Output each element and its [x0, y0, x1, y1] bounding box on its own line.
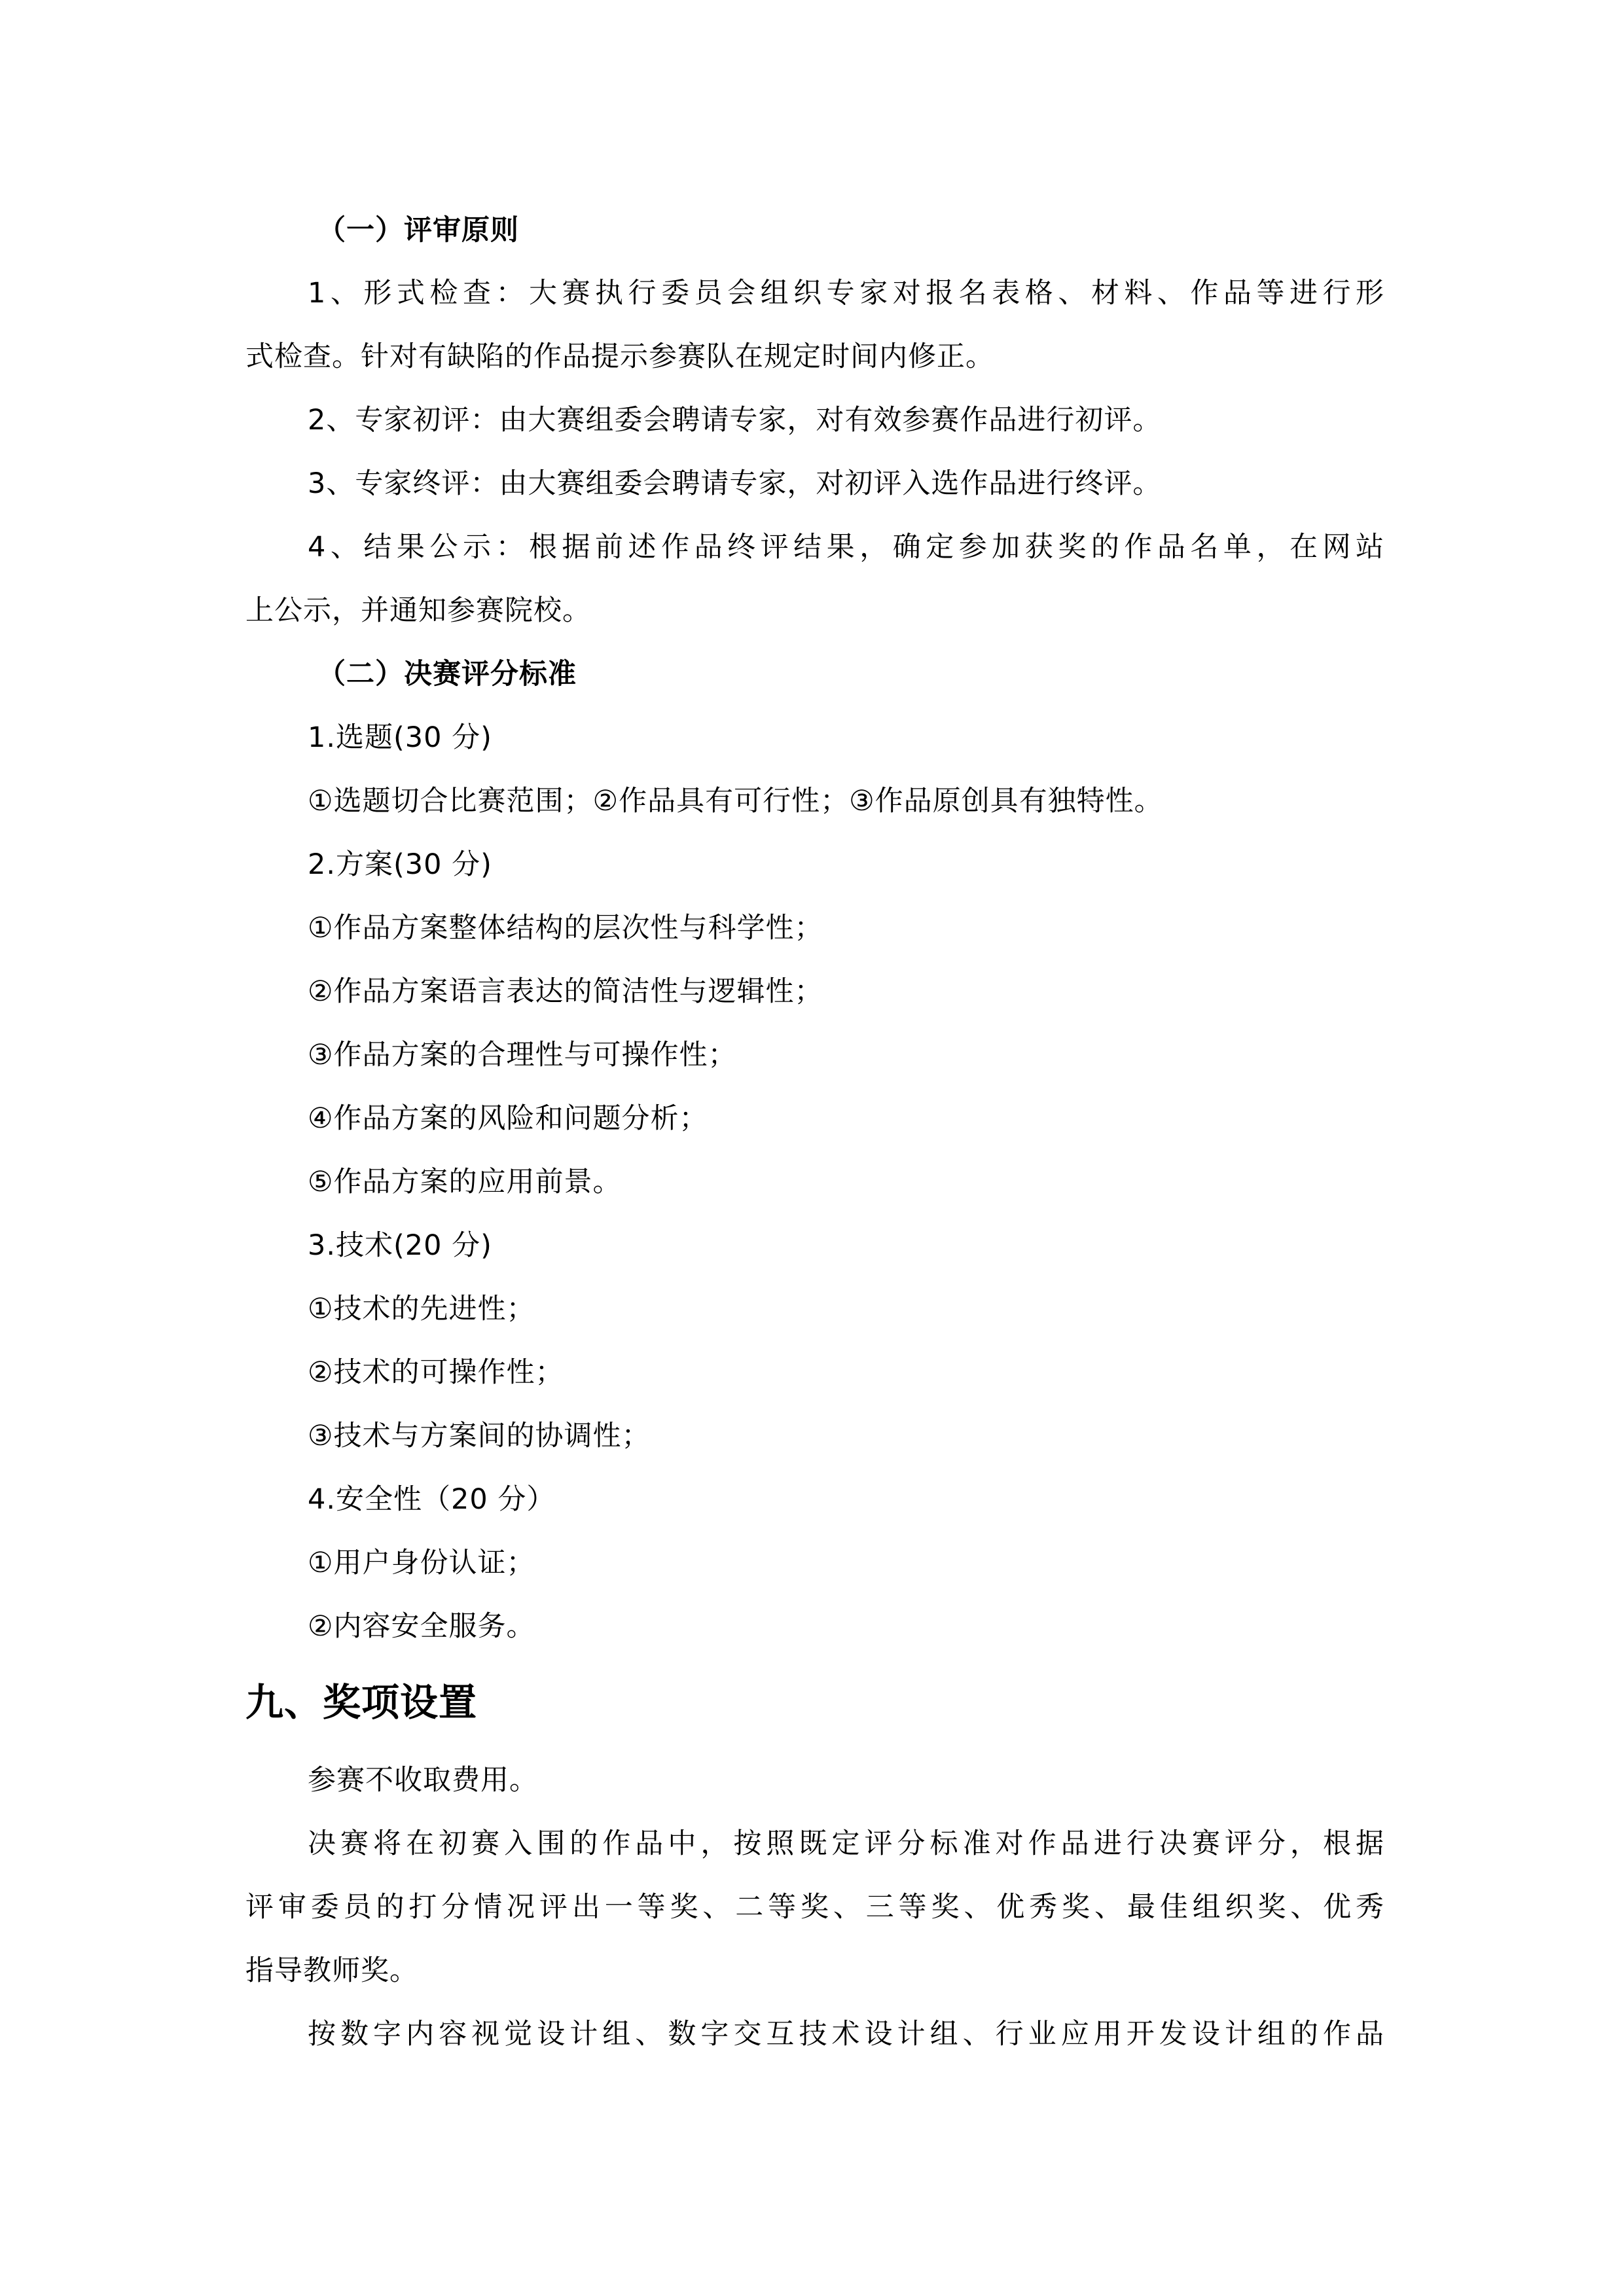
criterion-item: ②作品方案语言表达的简洁性与逻辑性；: [308, 972, 823, 1011]
paragraph-line: 决赛将在初赛入围的作品中，按照既定评分标准对作品进行决赛评分，根据: [308, 1824, 1384, 1863]
paragraph-line: 3、专家终评：由大赛组委会聘请专家，对初评入选作品进行终评。: [308, 464, 1161, 503]
paragraph-line: 评审委员的打分情况评出一等奖、二等奖、三等奖、优秀奖、最佳组织奖、优秀: [245, 1888, 1384, 1927]
criterion-item: ⑤作品方案的应用前景。: [308, 1162, 622, 1202]
paragraph-line: 2、专家初评：由大赛组委会聘请专家，对有效参赛作品进行初评。: [308, 401, 1161, 440]
paragraph-line: 4、结果公示：根据前述作品终评结果，确定参加获奖的作品名单，在网站: [308, 528, 1384, 567]
criterion-item: ①用户身份认证；: [308, 1543, 535, 1583]
paragraph-line: 1、形式检查：大赛执行委员会组织专家对报名表格、材料、作品等进行形: [308, 274, 1384, 313]
criterion-item: ②内容安全服务。: [308, 1607, 535, 1646]
paragraph-line: 指导教师奖。: [245, 1951, 418, 1990]
subheading-review-principles: （一）评审原则: [317, 211, 519, 250]
criterion-item: ①作品方案整体结构的层次性与科学性；: [308, 908, 823, 948]
criterion-item: ①技术的先进性；: [308, 1289, 535, 1329]
criterion-item: ③作品方案的合理性与可操作性；: [308, 1035, 737, 1075]
paragraph-line: 上公示，并通知参赛院校。: [245, 591, 591, 630]
criterion-title: 4.安全性（20 分）: [308, 1480, 555, 1519]
criterion-item: ④作品方案的风险和问题分析；: [308, 1099, 708, 1138]
chapter-heading-awards: 九、奖项设置: [245, 1679, 477, 1726]
paragraph-line: 按数字内容视觉设计组、数字交互技术设计组、行业应用开发设计组的作品: [308, 2015, 1384, 2054]
paragraph-line: 参赛不收取费用。: [308, 1761, 538, 1800]
criterion-item: ③技术与方案间的协调性；: [308, 1416, 651, 1456]
criterion-item: ②技术的可操作性；: [308, 1353, 564, 1392]
criterion-title: 1.选题(30 分): [308, 718, 492, 757]
subheading-final-scoring-criteria: （二）决赛评分标准: [317, 655, 577, 694]
paragraph-line: 式检查。针对有缺陷的作品提示参赛队在规定时间内修正。: [245, 337, 994, 376]
criterion-item: ①选题切合比赛范围；②作品具有可行性；③作品原创具有独特性。: [308, 781, 1163, 821]
criterion-title: 2.方案(30 分): [308, 845, 492, 884]
criterion-title: 3.技术(20 分): [308, 1226, 492, 1265]
